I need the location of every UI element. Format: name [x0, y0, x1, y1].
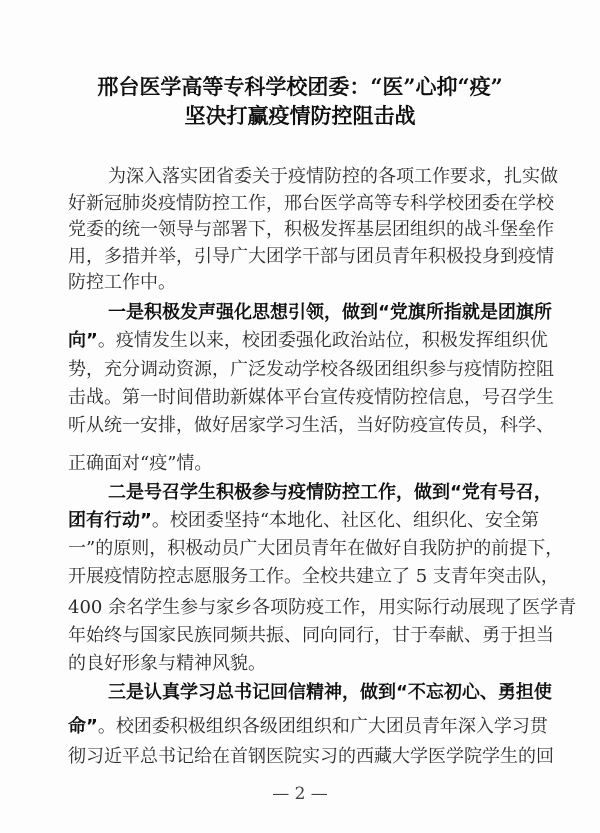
text-line: 势，充分调动资源，广泛发动学校各级团组织参与疫情防控阻	[68, 357, 534, 383]
page-number: — 2 —	[0, 784, 600, 804]
section-heading: 一是积极发声强化思想引领，做到“党旗所指就是团旗所	[108, 302, 552, 323]
section-heading-end: 向”	[68, 330, 98, 351]
text-line: 三是认真学习总书记回信精神，做到“不忘初心、勇担使	[108, 680, 534, 706]
section-heading-end: 命”	[68, 716, 98, 737]
text-line: 正确面对“疫”情。	[68, 451, 534, 477]
text-line: 一”的原则，积极动员广大团员青年在做好自我防护的前提下，	[68, 536, 534, 562]
text-line: 团有行动”。校团委坚持“本地化、社区化、组织化、安全第	[68, 508, 534, 534]
section-heading-end: 团有行动”	[68, 510, 152, 531]
document-title-line-2: 坚决打赢疫情防控阻击战	[0, 102, 600, 130]
text-line: 彻习近平总书记给在首钢医院实习的西藏大学医学院学生的回	[68, 744, 534, 770]
document-title-line-1: 邢台医学高等专科学校团委：“医”心抑“疫”	[0, 73, 600, 101]
text-span: 。疫情发生以来，校团委强化政治站位，积极发挥组织优	[98, 330, 548, 351]
text-line: 击战。第一时间借助新媒体平台宣传疫情防控信息，号召学生	[68, 385, 534, 411]
text-line: 好新冠肺炎疫情防控工作，邢台医学高等专科学校团委在学校	[68, 191, 534, 217]
text-line: 二是号召学生积极参与疫情防控工作，做到“党有号召，	[108, 480, 534, 506]
text-line: 年始终与国家民族同频共振、同向同行，甘于奉献、勇于担当	[68, 623, 534, 649]
text-span: 。校团委坚持“本地化、社区化、组织化、安全第	[152, 510, 539, 531]
text-line: 听从统一安排，做好居家学习生活，当好防疫宣传员，科学、	[68, 413, 534, 439]
document-page: 邢台医学高等专科学校团委：“医”心抑“疫” 坚决打赢疫情防控阻击战 为深入落实团…	[0, 0, 600, 833]
text-line: 为深入落实团省委关于疫情防控的各项工作要求，扎实做	[108, 164, 534, 190]
text-line: 向”。疫情发生以来，校团委强化政治站位，积极发挥组织优	[68, 328, 534, 354]
text-line: 党委的统一领导与部署下，积极发挥基层团组织的战斗堡垒作	[68, 217, 534, 243]
text-line: 防控工作中。	[68, 270, 534, 296]
section-heading: 二是号召学生积极参与疫情防控工作，做到“党有号召，	[108, 482, 552, 503]
text-line: 400 余名学生参与家乡各项防疫工作，用实际行动展现了医学青	[68, 595, 534, 621]
text-span: 。校团委积极组织各级团组织和广大团员青年深入学习贯	[98, 716, 548, 737]
text-line: 开展疫情防控志愿服务工作。全校共建立了 5 支青年突击队，	[68, 564, 534, 590]
section-heading: 三是认真学习总书记回信精神，做到“不忘初心、勇担使	[108, 682, 552, 703]
text-line: 一是积极发声强化思想引领，做到“党旗所指就是团旗所	[108, 300, 534, 326]
text-line: 的良好形象与精神风貌。	[68, 651, 534, 677]
text-line: 命”。校团委积极组织各级团组织和广大团员青年深入学习贯	[68, 714, 534, 740]
text-line: 用，多措并举，引导广大团学干部与团员青年积极投身到疫情	[68, 244, 534, 270]
